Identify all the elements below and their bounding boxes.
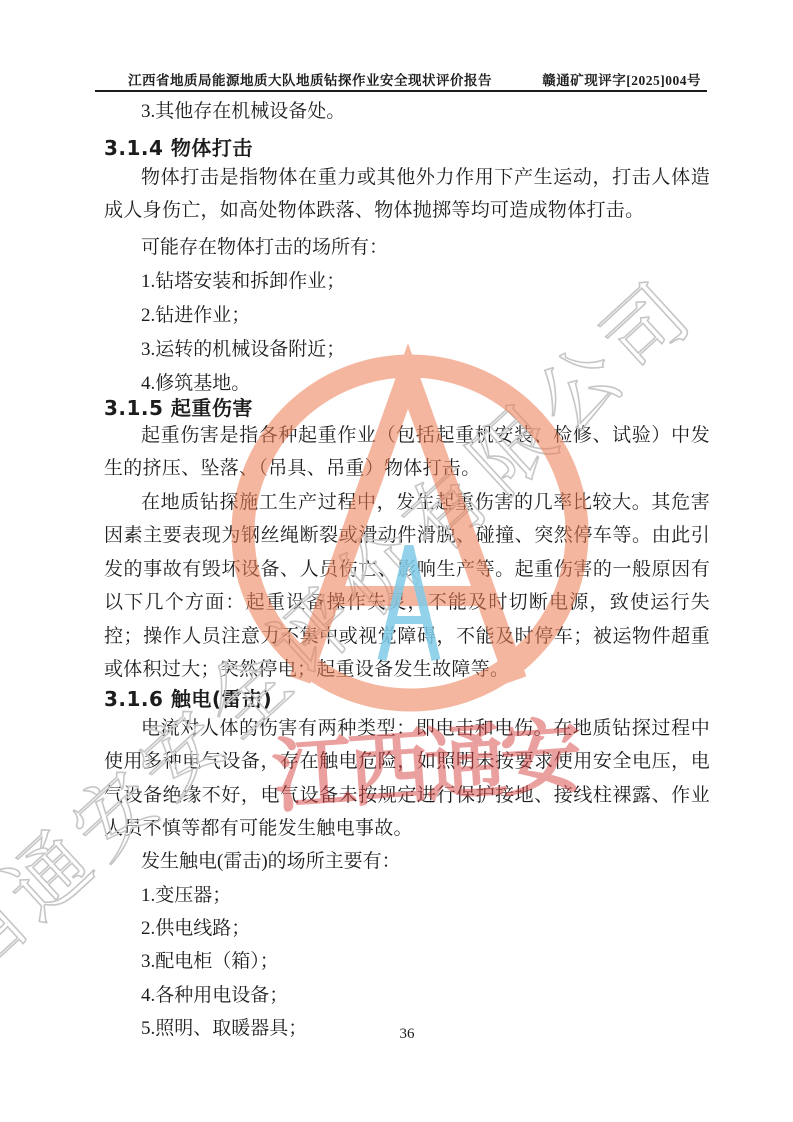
section-heading-3-1-6: 3.1.6 触电(雷击) xyxy=(104,683,272,712)
header-rule xyxy=(95,90,707,92)
header-report-title: 江西省地质局能源地质大队地质钻探作业安全现状评价报告 xyxy=(128,69,492,89)
list-item: 2.钻进作业； xyxy=(141,304,250,328)
paragraph: 起重伤害是指各种起重作业（包括起重机安装、检修、试验）中发生的挤压、坠落、（吊具… xyxy=(104,419,710,486)
list-item: 2.供电线路； xyxy=(141,917,250,941)
paragraph: 电流对人体的伤害有两种类型：即电击和电伤。在地质钻探过程中使用多种电气设备，存在… xyxy=(104,712,710,846)
list-item: 3.其他存在机械设备处。 xyxy=(141,100,345,124)
list-item: 3.运转的机械设备附近； xyxy=(141,338,345,362)
paragraph: 在地质钻探施工生产过程中，发生起重伤害的几率比较大。其危害因素主要表现为钢丝绳断… xyxy=(104,486,710,686)
scene-intro-line: 发生触电(雷击)的场所主要有： xyxy=(141,850,401,874)
list-item: 1.钻塔安装和拆卸作业； xyxy=(141,270,345,294)
header-document-number: 赣通矿现评字[2025]004号 xyxy=(542,69,701,89)
page-number: 36 xyxy=(104,1026,710,1043)
section-heading-3-1-5: 3.1.5 起重伤害 xyxy=(104,392,253,421)
section-heading-3-1-4: 3.1.4 物体打击 xyxy=(104,132,253,161)
paragraph: 物体打击是指物体在重力或其他外力作用下产生运动，打击人体造成人身伤亡，如高处物体… xyxy=(104,161,710,228)
report-page: 江西省地质局能源地质大队地质钻探作业安全现状评价报告 赣通矿现评字[2025]0… xyxy=(0,0,793,1122)
list-item: 4.各种用电设备； xyxy=(141,984,288,1008)
list-item: 1.变压器； xyxy=(141,884,231,908)
list-item: 3.配电柜（箱）； xyxy=(141,950,279,974)
scene-intro-line: 可能存在物体打击的场所有： xyxy=(141,236,388,260)
